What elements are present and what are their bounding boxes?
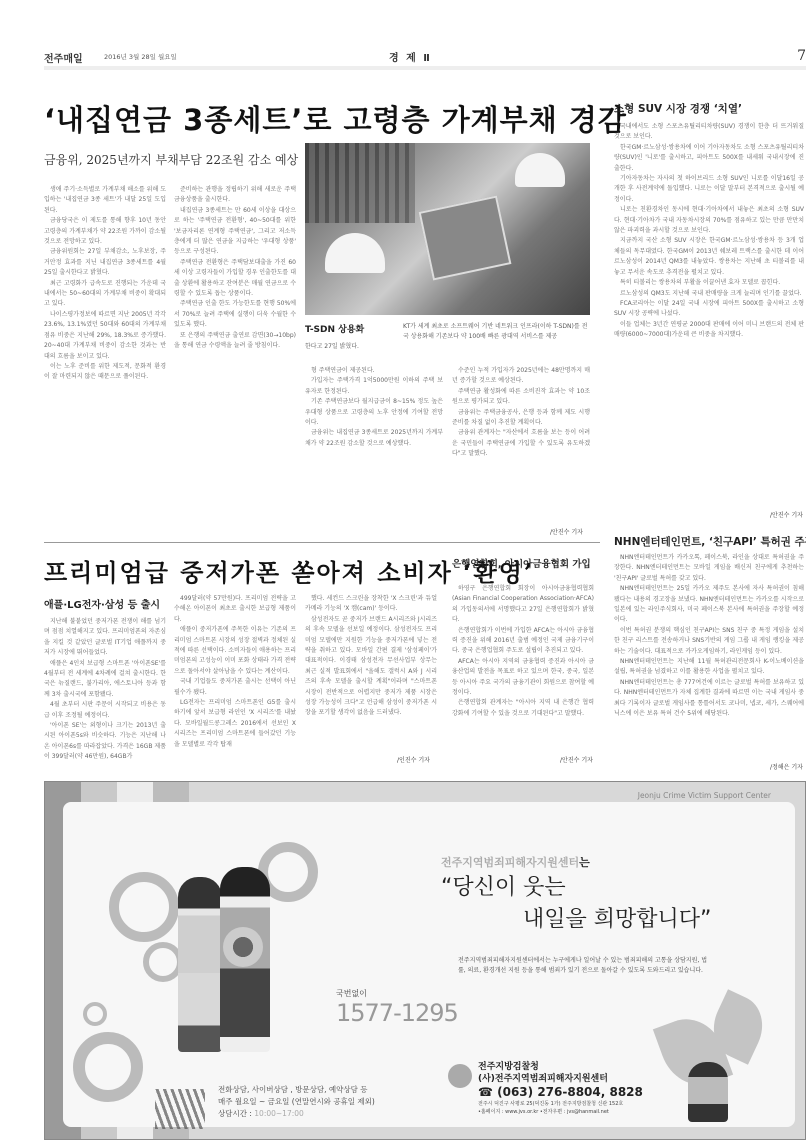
page-number: 7 — [797, 48, 806, 64]
article2-column-2: 499달러(약 57만원)다. 프리미엄 전략을 고수해온 아이폰이 최초로 출… — [174, 594, 296, 767]
girl-figure — [178, 877, 222, 1052]
article1-column-2: 준비하는 관행을 정립하기 위해 새로운 주택금융상품을 출시한다. 내집연금 … — [174, 185, 296, 520]
sidebar2-byline: /정해은 기자 — [770, 762, 803, 771]
ad-slogan-line-2: 내일을 희망합니다” — [523, 902, 711, 933]
article2-subhead: 애플·LG전자·삼성 등 출시 — [44, 596, 160, 611]
hotline-number: 1577-1295 — [336, 999, 458, 1027]
sidebar1-byline: /안진수 기자 — [770, 510, 803, 519]
article1-subhead: 금융위, 2025년까지 부채부담 22조원 감소 예상 — [44, 151, 298, 168]
sidebar1-title: 소형 SUV 시장 경쟁 ‘치열’ — [614, 101, 742, 116]
photo-worker-helmet — [515, 153, 565, 187]
article1-byline: /안진수 기자 — [550, 527, 583, 536]
prosecutors-office-logo-icon — [448, 1064, 472, 1088]
ad-english-title: Jeonju Crime Victim Support Center — [638, 791, 771, 800]
article2-column-1: 지난해 불붙었던 중저가폰 전쟁이 해를 넘기며 점점 치열해지고 있다. 프리… — [44, 617, 166, 767]
sidebar3-body: 하영구 은행연합회 회장이 아시아금융협력협회(Asian Financial … — [452, 584, 594, 749]
issue-date: 2016년 3월 28일 월요일 — [104, 52, 177, 61]
decorative-ring-icon — [73, 1032, 143, 1102]
newspaper-name: 전주매일 — [44, 50, 83, 65]
sidebar2-title: NHN엔터테인먼트, ‘친구API’ 특허권 주장 — [614, 534, 806, 549]
phone-numbers: ☎ (063) 276-8804, 8828 — [478, 1085, 643, 1100]
photo-caption-text-continued: 한다고 27일 밝혔다. — [305, 341, 359, 350]
ad-children-illustration — [158, 867, 288, 1057]
couple-illustration — [688, 1062, 728, 1122]
ad-org-intro: 전주지역범죄피해자지원센터는 — [441, 854, 590, 870]
section-title: 경 제 Ⅱ — [389, 49, 432, 64]
news-photo — [305, 143, 590, 315]
ad-service-hours: 전화상담, 사이버상담 , 방문상담, 예약상담 등 매주 월요일 ~ 금요일 … — [218, 1084, 375, 1120]
sidebar1-body: 국내에서도 소형 스포츠유틸리티차량(SUV) 경쟁이 한층 더 뜨거워질 것으… — [614, 122, 804, 512]
photo-caption-text: KT가 세계 최초로 소프트웨어 기반 네트워크 인프라(이하 T-SDN)를 … — [403, 322, 593, 342]
masthead: 전주매일 2016년 3월 28일 월요일 경 제 Ⅱ 7 — [44, 42, 806, 70]
hotline-label: 국번없이 — [336, 988, 367, 999]
sidebar3-byline: /안진수 기자 — [560, 755, 593, 764]
sidebar2-body: NHN엔터테인먼트가 카카오톡, 페이스북, 라인을 상대로 특허권을 주장한다… — [614, 553, 804, 763]
article1-headline: ‘내집연금 3종세트’로 고령층 가계부채 경감 — [44, 98, 627, 139]
ad-contact-block: 전주지방검찰청 (사)전주지역범죄피해자지원센터 ☎ (063) 276-880… — [478, 1061, 643, 1116]
sunflower-icon — [223, 927, 263, 967]
ad-panel: 국번없이 1577-1295 전주지역범죄피해자지원센터는 “당신이 웃는 내일… — [63, 802, 795, 1127]
article1-column-1: 생애 주기·소득별로 가계부채 해소를 위해 도입하는 '내집연금 3종 세트'… — [44, 185, 166, 520]
ad-slogan-line-1: “당신이 웃는 — [441, 870, 566, 901]
photo-equipment-rack — [305, 143, 415, 223]
article2-column-3: 했다. 세컨드 스크린을 장착한 'X 스크린'과 듀얼 카메라 기능의 'X … — [305, 594, 437, 744]
building-logo-icon — [155, 1089, 205, 1129]
photo-worker-helmet — [325, 233, 385, 273]
article2-byline: /인진수 기자 — [397, 755, 430, 764]
article1-column-3: 형 주택연금이 제공된다. 가입자는 주택가격 1억5000만원 이하의 주택 … — [305, 366, 443, 520]
photo-caption-title: T-SDN 상용화 — [305, 322, 364, 335]
web-and-email: •홈페이지 : www.jvs.or.kr •전자우편 : jvs@hanmai… — [478, 1108, 643, 1116]
address: 전주시 덕진구 사평로 25(덕진동 1가) 전주지방검찰청 신관 152호 — [478, 1100, 643, 1108]
sidebar3-title: 은행연합회, 아시아금융협회 가입 — [452, 556, 591, 570]
section-divider — [44, 542, 600, 543]
decorative-ring-icon — [83, 1002, 107, 1026]
ad-description: 전주지역범죄피해자지원센터에서는 누구에게나 일어날 수 있는 범죄피해의 고통… — [458, 956, 708, 976]
photo-network-device — [419, 195, 512, 280]
crime-victim-support-ad: Jeonju Crime Victim Support Center 국번없이 … — [44, 781, 806, 1140]
article1-column-4: 수준인 누적 가입자가 2025년에는 48만명까지 매년 증가할 것으로 예상… — [452, 366, 590, 520]
